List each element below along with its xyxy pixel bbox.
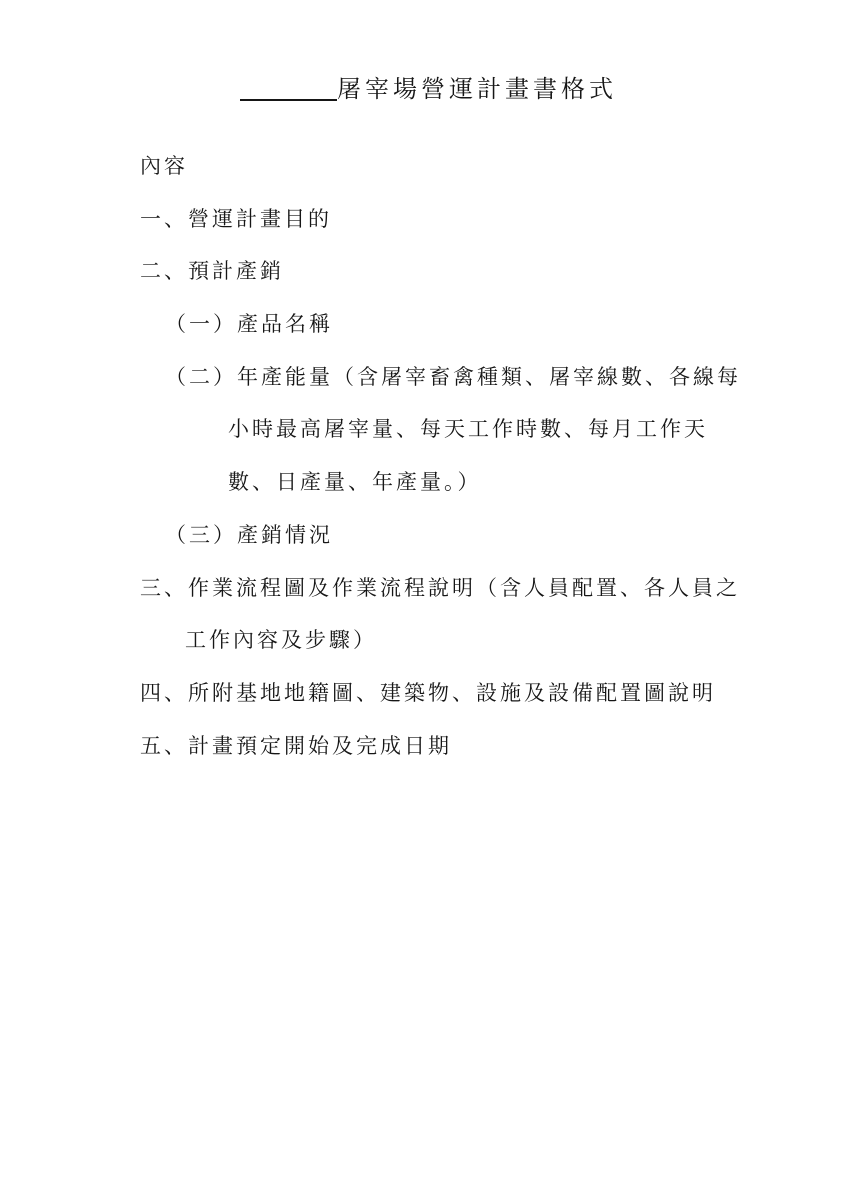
- content-heading: 內容: [0, 140, 849, 193]
- fill-in-blank-underline: [240, 77, 337, 101]
- outline-body: 內容 一、營運計畫目的 二、預計產銷 （一）產品名稱 （二）年產能量（含屠宰畜禽…: [0, 140, 849, 772]
- item-2-1-product-name: （一）產品名稱: [0, 298, 849, 351]
- item-2-2-annual-capacity-line-1: （二）年產能量（含屠宰畜禽種類、屠宰線數、各線每: [0, 351, 849, 404]
- document-page: 屠宰場營運計畫書格式 內容 一、營運計畫目的 二、預計產銷 （一）產品名稱 （二…: [0, 0, 849, 1200]
- item-5-schedule-dates: 五、計畫預定開始及完成日期: [0, 720, 849, 773]
- item-3-workflow-line-1: 三、作業流程圖及作業流程說明（含人員配置、各人員之: [0, 562, 849, 615]
- item-2-production-sales: 二、預計產銷: [0, 245, 849, 298]
- document-title: 屠宰場營運計畫書格式: [0, 64, 849, 117]
- item-2-3-sales-situation: （三）產銷情況: [0, 509, 849, 562]
- item-3-workflow-line-2: 工作內容及步驟）: [0, 614, 849, 667]
- title-text: 屠宰場營運計畫書格式: [337, 64, 617, 117]
- item-2-2-annual-capacity-line-3: 數、日產量、年產量。）: [0, 456, 849, 509]
- item-2-2-annual-capacity-line-2: 小時最高屠宰量、每天工作時數、每月工作天: [0, 403, 849, 456]
- item-4-site-plan-description: 四、所附基地地籍圖、建築物、設施及設備配置圖說明: [0, 667, 849, 720]
- item-1-purpose: 一、營運計畫目的: [0, 193, 849, 246]
